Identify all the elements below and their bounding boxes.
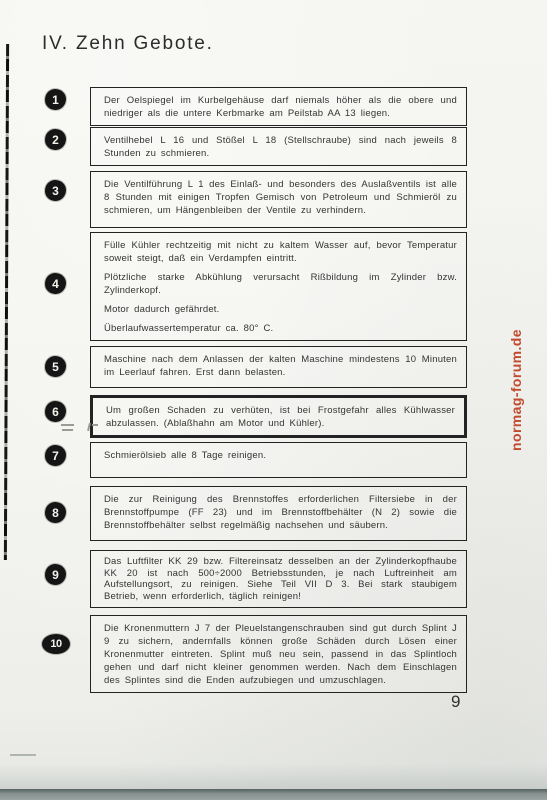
rule-box: Der Oelspiegel im Kurbelgehäuse darf nie… xyxy=(90,87,467,126)
rule-text: Die Kronenmuttern J 7 der Pleuelstangens… xyxy=(104,622,457,687)
scan-edge-left xyxy=(4,44,9,560)
item-number-badge: 1 xyxy=(45,89,66,110)
page-number: 9 xyxy=(451,692,460,712)
rule-text: Das Luftfilter KK 29 bzw. Filtereinsatz … xyxy=(104,556,457,602)
page-title: IV. Zehn Gebote. xyxy=(42,33,214,55)
rule-text: Motor dadurch gefährdet. xyxy=(104,303,457,316)
item-number-badge: 2 xyxy=(45,129,66,150)
item-number-badge: 9 xyxy=(45,564,66,585)
rule-text: Fülle Kühler rechtzeitig mit nicht zu ka… xyxy=(104,239,457,265)
rule-text: Plötzliche starke Abkühlung verursacht R… xyxy=(104,271,457,297)
rule-box: Die Kronenmuttern J 7 der Pleuelstangens… xyxy=(90,615,467,693)
rule-text: Die Ventilführung L 1 des Einlaß- und be… xyxy=(104,178,457,217)
rule-box: Schmierölsieb alle 8 Tage reinigen. xyxy=(90,442,467,478)
item-number-badge: 4 xyxy=(45,273,66,294)
page-bottom-shade xyxy=(0,763,547,789)
pencil-mark xyxy=(62,429,73,431)
pencil-mark xyxy=(61,424,74,426)
rule-box: Maschine nach dem Anlassen der kalten Ma… xyxy=(90,346,467,388)
rule-text: Überlaufwassertemperatur ca. 80° C. xyxy=(104,322,457,335)
pencil-mark xyxy=(92,424,98,426)
rule-text: Der Oelspiegel im Kurbelgehäuse darf nie… xyxy=(104,94,457,120)
scanned-manual-page: IV. Zehn Gebote. 1 Der Oelspiegel im Kur… xyxy=(0,0,547,800)
item-number-badge: 8 xyxy=(45,502,66,523)
rule-text: Ventilhebel L 16 und Stößel L 18 (Stells… xyxy=(104,134,457,160)
rule-text: Schmierölsieb alle 8 Tage reinigen. xyxy=(104,449,457,462)
item-number-badge: 7 xyxy=(45,445,66,466)
rule-text: Maschine nach dem Anlassen der kalten Ma… xyxy=(104,353,457,379)
rule-box: Die Ventilführung L 1 des Einlaß- und be… xyxy=(90,171,467,228)
item-number-badge: 6 xyxy=(45,401,66,422)
item-number-badge: 5 xyxy=(45,356,66,377)
item-number-badge: 3 xyxy=(45,180,66,201)
rule-text: Die zur Reinigung des Brennstoffes erfor… xyxy=(104,493,457,532)
scan-smudge xyxy=(10,754,36,756)
rule-box: Ventilhebel L 16 und Stößel L 18 (Stells… xyxy=(90,127,467,166)
rule-box: Fülle Kühler rechtzeitig mit nicht zu ka… xyxy=(90,232,467,341)
rule-box: Die zur Reinigung des Brennstoffes erfor… xyxy=(90,486,467,541)
rule-box: Das Luftfilter KK 29 bzw. Filtereinsatz … xyxy=(90,550,467,608)
scan-edge-bottom xyxy=(0,789,547,800)
watermark-text: normag-forum.de xyxy=(508,329,524,451)
item-number-badge: 10 xyxy=(42,634,70,654)
rule-box: Um großen Schaden zu verhüten, ist bei F… xyxy=(90,395,467,438)
rule-text: Um großen Schaden zu verhüten, ist bei F… xyxy=(106,404,455,430)
